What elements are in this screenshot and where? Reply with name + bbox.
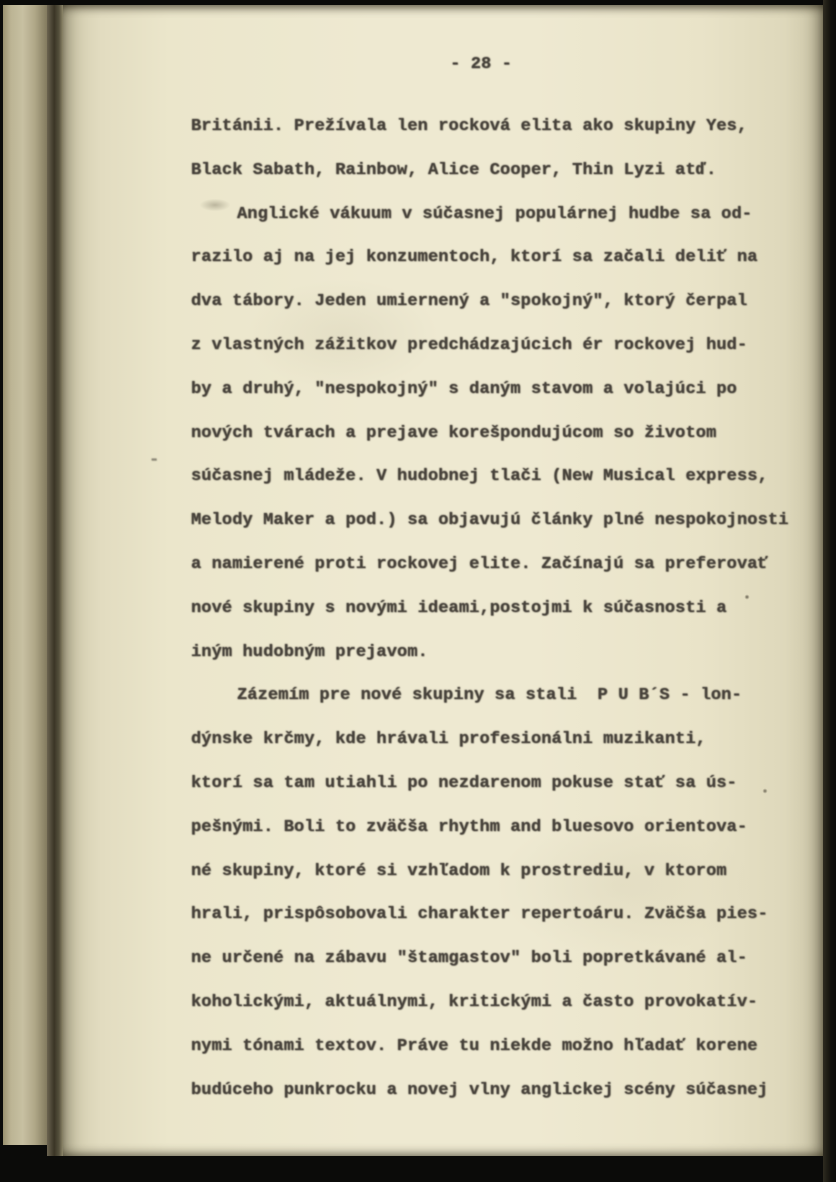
scanner-edge-right (823, 0, 836, 1182)
text-line: z vlastných zážitkov predchádzajúcich ér… (191, 324, 811, 368)
text-line: Británii. Prežívala len rocková elita ak… (191, 105, 811, 149)
text-line: dýnske krčmy, kde hrávali profesionálni … (191, 718, 811, 762)
text-line: dva tábory. Jeden umiernený a "spokojný"… (191, 280, 811, 324)
text-line: iným hudobným prejavom. (191, 631, 811, 675)
text-line: ne určené na zábavu "štamgastov" boli po… (191, 937, 811, 981)
text-line: Zázemím pre nové skupiny sa stali P U B´… (191, 674, 811, 718)
text-line: pešnými. Boli to zväčša rhythm and blues… (191, 806, 811, 850)
text-line: nové skupiny s novými ideami,postojmi k … (191, 587, 811, 631)
paper-page: - 28 - - Británii. Prežívala len rocková… (63, 5, 823, 1156)
text-line: budúceho punkrocku a novej vlny anglicke… (191, 1069, 811, 1113)
text-line: ktorí sa tam utiahli po nezdarenom pokus… (191, 762, 811, 806)
text-line: hrali, prispôsobovali charakter repertoá… (191, 893, 811, 937)
text-line: Melody Maker a pod.) sa objavujú články … (191, 499, 811, 543)
text-line: koholickými, aktuálnymi, kritickými a ča… (191, 981, 811, 1025)
text-line: by a druhý, "nespokojný" s daným stavom … (191, 368, 811, 412)
scan-background: { "page": { "number_label": "- 28 -", "m… (0, 0, 836, 1182)
text-line: né skupiny, ktoré si vzhľadom k prostred… (191, 850, 811, 894)
gutter-shadow (47, 5, 63, 1156)
page-number: - 28 - (191, 55, 771, 75)
previous-page-edge (3, 5, 47, 1145)
text-line: súčasnej mládeže. V hudobnej tlači (New … (191, 455, 811, 499)
text-line: Anglické vákuum v súčasnej populárnej hu… (191, 193, 811, 237)
text-line: a namierené proti rockovej elite. Začína… (191, 543, 811, 587)
text-body: Británii. Prežívala len rocková elita ak… (191, 105, 811, 1112)
text-line: razilo aj na jej konzumentoch, ktorí sa … (191, 236, 811, 280)
margin-mark: - (149, 451, 159, 470)
scanner-edge-top (0, 0, 836, 5)
text-line: Black Sabath, Rainbow, Alice Cooper, Thi… (191, 149, 811, 193)
text-line: nymi tónami textov. Práve tu niekde možn… (191, 1025, 811, 1069)
text-line: nových tvárach a prejave korešpondujúcom… (191, 412, 811, 456)
scanner-edge-bottom (0, 1156, 836, 1182)
